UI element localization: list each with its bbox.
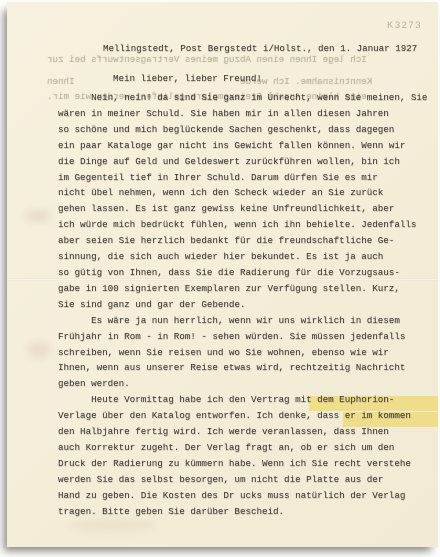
- paragraph-1: Nein, nein! da sind Sie ganz im Unrecht,…: [58, 90, 428, 313]
- letter-body: Nein, nein! da sind Sie ganz im Unrecht,…: [58, 90, 428, 519]
- salutation: Mein lieber, lieber Freund!: [113, 71, 262, 87]
- archival-number: K3273: [387, 20, 422, 31]
- paper-stain: [27, 342, 51, 358]
- letter-page: K3273 Ich lege Ihnen einen Abzug meines …: [7, 2, 438, 547]
- scan-background: K3273 Ich lege Ihnen einen Abzug meines …: [0, 0, 440, 557]
- paper-stain: [25, 210, 51, 222]
- paper-stain: [67, 518, 157, 532]
- paragraph-2: Es wäre ja nun herrlich, wenn wir uns wi…: [58, 313, 428, 393]
- dateline: Mellingstedt, Post Bergstedt i/Holst., d…: [103, 41, 417, 57]
- paragraph-3: Heute Vormittag habe ich den Vertrag mit…: [58, 392, 428, 519]
